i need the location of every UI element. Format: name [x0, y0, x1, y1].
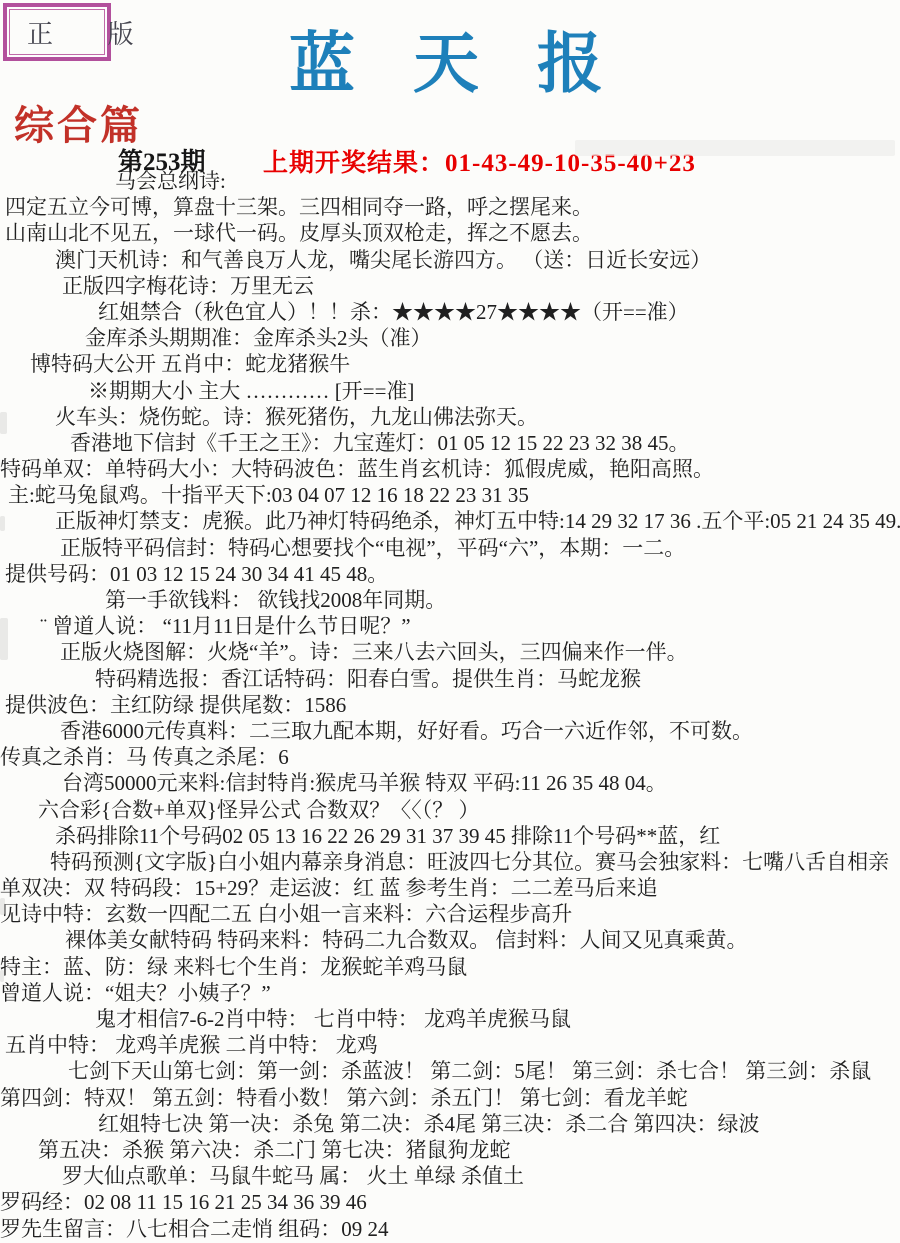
text-line: 罗先生留言：八七相合二走悄 组码：09 24 — [0, 1216, 900, 1242]
text-line: 特码精选报：香江话特码：阳春白雪。提供生肖：马蛇龙猴 — [0, 666, 900, 692]
text-line: 主:蛇马兔鼠鸡。十指平天下:03 04 07 12 16 18 22 23 31… — [0, 482, 900, 508]
page-title: 蓝天报 — [0, 10, 900, 105]
text-line: 七剑下天山第七剑：第一剑：杀蓝波！ 第二剑：5尾！ 第三剑：杀七合！ 第三剑：杀… — [0, 1058, 900, 1084]
text-line: 香港6000元传真料：二三取九配本期，好好看。巧合一六近作邻，不可数。 — [0, 718, 900, 744]
text-line: 罗码经：02 08 11 15 16 21 25 34 36 39 46 — [0, 1189, 900, 1215]
text-line: 火车头：烧伤蛇。诗：猴死猪伤，九龙山佛法弥天。 — [0, 404, 900, 430]
text-line: 第四剑：特双！ 第五剑：特看小数！ 第六剑：杀五门！ 第七剑：看龙羊蛇 — [0, 1085, 900, 1111]
scan-artifact — [0, 618, 8, 660]
text-line: 传真之杀肖：马 传真之杀尾：6 — [0, 744, 900, 770]
text-line: 马会总纲诗: — [0, 168, 900, 194]
text-line: 澳门天机诗：和气善良万人龙，嘴尖尾长游四方。 （送：日近长安远） — [0, 247, 900, 273]
text-line: 第五决：杀猴 第六决：杀二门 第七决：猪鼠狗龙蛇 — [0, 1137, 900, 1163]
text-line: 四定五立今可博，算盘十三架。三四相同夺一路，呼之摆尾来。 — [0, 194, 900, 220]
text-line: 红姐禁合（秋色宜人）！！杀：★★★★27★★★★（开==准） — [0, 299, 900, 325]
scan-artifact — [0, 412, 7, 434]
text-line: 裸体美女献特码 特码来料：特码二九合数双。 信封料：人间又见真乘黄。 — [0, 927, 900, 953]
text-line: 提供号码：01 03 12 15 24 30 34 41 45 48。 — [0, 561, 900, 587]
text-line: ¨ 曾道人说： “11月11日是什么节日呢？” — [0, 613, 900, 639]
text-line: 单双决：双 特码段：15+29？走运波：红 蓝 参考生肖：二二差马后来追 — [0, 875, 900, 901]
text-line: 鬼才相信7-6-2肖中特： 七肖中特： 龙鸡羊虎猴马鼠 — [0, 1006, 900, 1032]
text-line: 正版四字梅花诗：万里无云 — [0, 273, 900, 299]
text-line: 杀码排除11个号码02 05 13 16 22 26 29 31 37 39 4… — [0, 823, 900, 849]
text-line: 正版火烧图解：火烧“羊”。诗：三来八去六回头，三四偏来作一伴。 — [0, 639, 900, 665]
text-line: 提供波色：主红防绿 提供尾数：1586 — [0, 692, 900, 718]
text-line: 见诗中特：玄数一四配二五 白小姐一言来料：六合运程步高升 — [0, 901, 900, 927]
text-line: 正版特平码信封：特码心想要找个“电视”，平码“六”，本期：一二。 — [0, 535, 900, 561]
scan-artifact — [575, 140, 895, 156]
text-line: 五肖中特： 龙鸡羊虎猴 二肖中特： 龙鸡 — [0, 1032, 900, 1058]
text-line: 香港地下信封《千王之王》：九宝莲灯：01 05 12 15 22 23 32 3… — [0, 430, 900, 456]
text-line: 台湾50000元来料:信封特肖:猴虎马羊猴 特双 平码:11 26 35 48 … — [0, 770, 900, 796]
text-line: 红姐特七决 第一决：杀兔 第二决：杀4尾 第三决：杀二合 第四决：绿波 — [0, 1111, 900, 1137]
scan-artifact — [0, 516, 5, 531]
text-line: 特码预测{文字版}白小姐内幕亲身消息：旺波四七分其位。赛马会独家料：七嘴八舌自相… — [0, 849, 900, 875]
lottery-sheet-page: 正 版 蓝天报 综合篇 第253期 上期开奖结果：01-43-49-10-35-… — [0, 0, 900, 1243]
text-line: 金库杀头期期准：金库杀头2头（准） — [0, 325, 900, 351]
text-line: 正版神灯禁支：虎猴。此乃神灯特码绝杀，神灯五中特:14 29 32 17 36 … — [0, 508, 900, 534]
text-line: 曾道人说：“姐夫？小姨子？” — [0, 980, 900, 1006]
text-line: ※期期大小 主大 ………… [开==准] — [0, 378, 900, 404]
text-line: 六合彩{合数+单双}怪异公式 合数双？〈〈（？ ） — [0, 797, 900, 823]
content-lines: 马会总纲诗:四定五立今可博，算盘十三架。三四相同夺一路，呼之摆尾来。山南山北不见… — [0, 168, 900, 1242]
text-line: 山南山北不见五，一球代一码。皮厚头顶双枪走，挥之不愿去。 — [0, 220, 900, 246]
scan-artifact — [0, 898, 5, 915]
text-line: 罗大仙点歌单：马鼠牛蛇马 属： 火土 单绿 杀值土 — [0, 1163, 900, 1189]
text-line: 第一手欲钱料： 欲钱找2008年同期。 — [0, 587, 900, 613]
text-line: 特主：蓝、防：绿 来料七个生肖：龙猴蛇羊鸡马鼠 — [0, 954, 900, 980]
text-line: 博特码大公开 五肖中：蛇龙猪猴牛 — [0, 351, 900, 377]
text-line: 特码单双：单特码大小：大特码波色：蓝生肖玄机诗：狐假虎威，艳阳高照。 — [0, 456, 900, 482]
scan-artifact — [0, 970, 4, 982]
